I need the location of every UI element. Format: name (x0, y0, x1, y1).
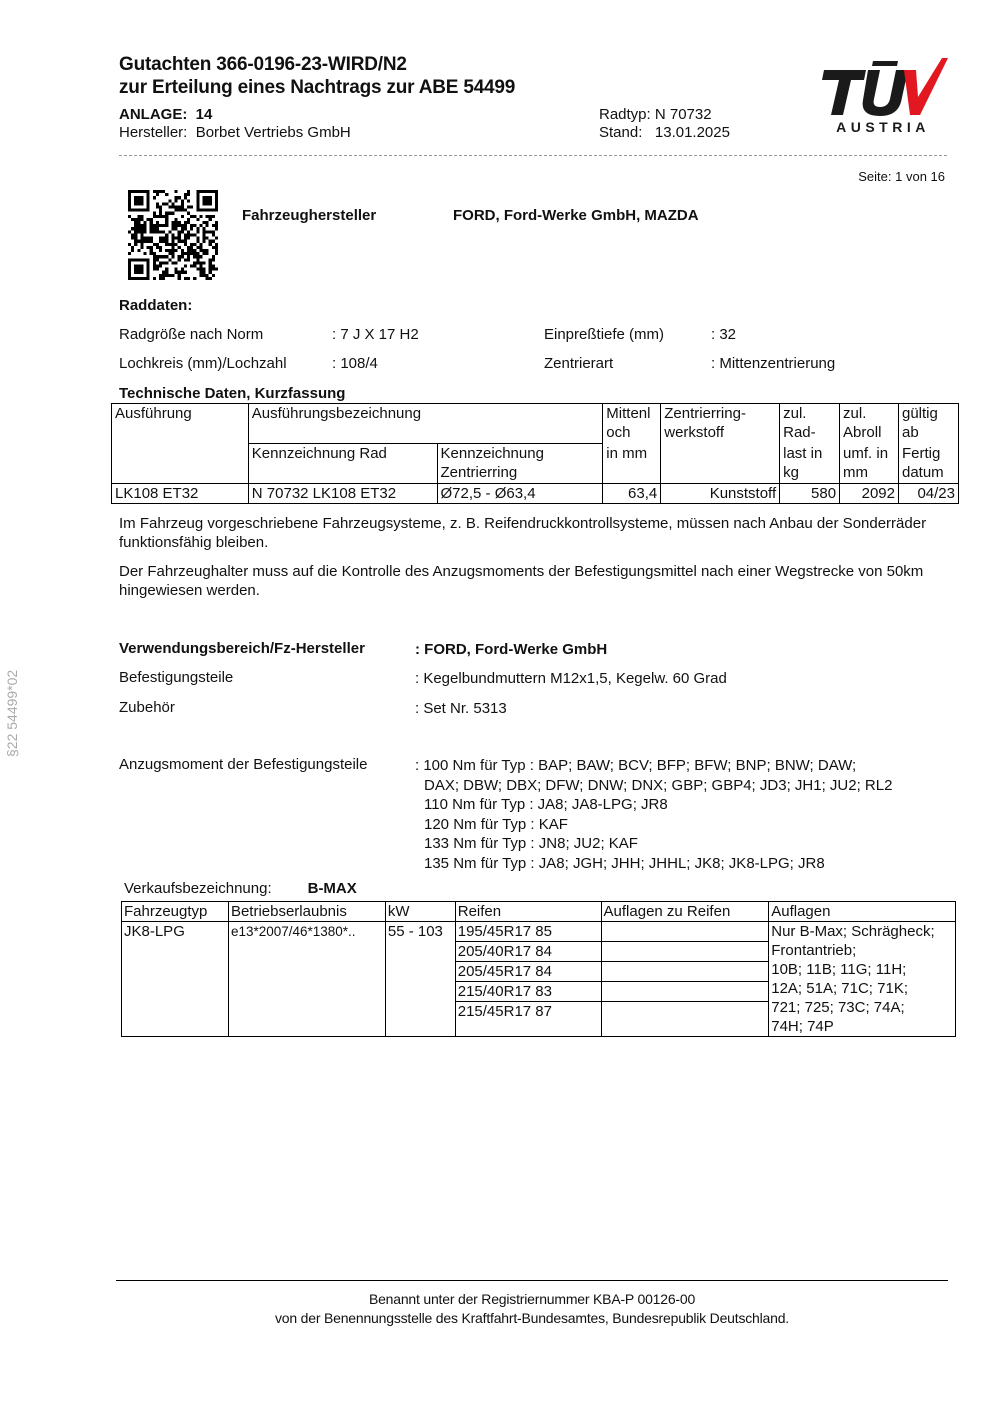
header-betriebserlaubnis: Betriebserlaubnis (228, 902, 385, 922)
cell-auflagen-zu-reifen (601, 1002, 769, 1037)
cell-reifen: 215/40R17 83 (455, 982, 601, 1002)
header-gueltig-unit: Fertig datum (898, 444, 958, 484)
page-number: Seite: 1 von 16 (858, 169, 945, 184)
auflagen-line: 10B; 11B; 11G; 11H; (771, 960, 953, 979)
cell-gueltig: 04/23 (898, 484, 958, 504)
cell-kennz-rad: N 70732 LK108 ET32 (248, 484, 437, 504)
auflagen-line: Nur B-Max; Schrägheck; (771, 922, 953, 941)
header-radlast: zul. Rad- (780, 404, 840, 444)
svg-text:AUSTRIA: AUSTRIA (836, 119, 930, 135)
cell-reifen: 205/45R17 84 (455, 962, 601, 982)
fahrzeughersteller-value: FORD, Ford-Werke GmbH, MAZDA (453, 207, 699, 224)
anzug-label: Anzugsmoment der Befestigungsteile (119, 756, 367, 773)
header-reifen: Reifen (455, 902, 601, 922)
document-title: Gutachten 366-0196-23-WIRD/N2 zur Erteil… (119, 53, 515, 99)
einpresstiefe-label: Einpreßtiefe (mm) (544, 326, 664, 343)
verkauf-label: Verkaufsbezeichnung: (124, 880, 272, 897)
header-bezeichnung: Ausführungsbezeichnung (248, 404, 602, 444)
header-auflagen: Auflagen (769, 902, 956, 922)
qr-code-icon (128, 190, 218, 280)
cell-auflagen-zu-reifen (601, 982, 769, 1002)
vehicle-table: Fahrzeugtyp Betriebserlaubnis kW Reifen … (121, 901, 956, 1037)
verwendung-label: Verwendungsbereich/Fz-Hersteller (119, 640, 365, 657)
qr-code (128, 190, 218, 280)
cell-reifen: 215/45R17 87 (455, 1002, 601, 1037)
zentrierart-label: Zentrierart (544, 355, 613, 372)
header-abroll: zul. Abroll (840, 404, 899, 444)
header-auflagen-zu-reifen: Auflagen zu Reifen (601, 902, 769, 922)
befestigung-value: : Kegelbundmuttern M12x1,5, Kegelw. 60 G… (415, 669, 727, 689)
cell-reifen: 195/45R17 85 (455, 922, 601, 942)
note-paragraph: Der Fahrzeughalter muss auf die Kontroll… (119, 562, 949, 600)
stand-value: 13.01.2025 (655, 124, 730, 141)
cell-auflagen-zu-reifen (601, 962, 769, 982)
cell-betriebserlaubnis: e13*2007/46*1380*.. (228, 922, 385, 1037)
zentrierart-value: : Mittenzentrierung (711, 355, 835, 372)
auflagen-line: Frontantrieb; (771, 941, 953, 960)
radtyp-value: N 70732 (655, 106, 712, 123)
lochkreis-value: : 108/4 (332, 355, 378, 372)
anzug-line: 133 Nm für Typ : JN8; JU2; KAF (415, 834, 892, 854)
verkaufsbezeichnung: Verkaufsbezeichnung:B-MAX (124, 880, 357, 897)
cell-ausfuehrung: LK108 ET32 (112, 484, 249, 504)
zubehoer-label: Zubehör (119, 699, 175, 716)
header-divider (119, 155, 947, 156)
table-row: JK8-LPG e13*2007/46*1380*.. 55 - 103 195… (122, 922, 956, 942)
table-header-row: Fahrzeugtyp Betriebserlaubnis kW Reifen … (122, 902, 956, 922)
cell-auflagen-zu-reifen (601, 942, 769, 962)
note-paragraph: Im Fahrzeug vorgeschriebene Fahrzeugsyst… (119, 514, 949, 552)
radtyp-block: Radtyp: N 70732 Stand: 13.01.2025 (599, 106, 730, 142)
tuev-logo-icon: AUSTRIA (818, 55, 948, 135)
anzug-values: : 100 Nm für Typ : BAP; BAW; BCV; BFP; B… (415, 756, 892, 873)
side-marker: §22 54499*02 (4, 670, 20, 757)
auflagen-line: 721; 725; 73C; 74A; (771, 998, 953, 1017)
header-kw: kW (385, 902, 455, 922)
footer-line-1: Benannt unter der Registriernummer KBA-P… (116, 1290, 948, 1309)
radtyp-label: Radtyp: (599, 106, 651, 123)
zubehoer-value: : Set Nr. 5313 (415, 699, 507, 719)
header-ausfuehrung: Ausführung (112, 404, 249, 484)
verwendung-value: : FORD, Ford-Werke GmbH (415, 640, 607, 660)
hersteller-label: Hersteller: (119, 124, 187, 141)
auflagen-line: 12A; 51A; 71C; 71K; (771, 979, 953, 998)
header-radlast-unit: last in kg (780, 444, 840, 484)
lochkreis-label: Lochkreis (mm)/Lochzahl (119, 355, 287, 372)
header-abroll-unit: umf. in mm (840, 444, 899, 484)
anzug-line: 110 Nm für Typ : JA8; JA8-LPG; JR8 (415, 795, 892, 815)
anlage-block: ANLAGE: 14 Hersteller: Borbet Vertriebs … (119, 106, 351, 142)
auflagen-line: 74H; 74P (771, 1017, 953, 1036)
table-header-row: Ausführung Ausführungsbezeichnung Mitten… (112, 404, 959, 444)
stand-label: Stand: (599, 124, 642, 141)
header-werkstoff: Zentrierring- werkstoff (661, 404, 780, 484)
footer-line-2: von der Benennungsstelle des Kraftfahrt-… (116, 1309, 948, 1328)
cell-radlast: 580 (780, 484, 840, 504)
radgroesse-value: : 7 J X 17 H2 (332, 326, 419, 343)
anzug-line: 120 Nm für Typ : KAF (415, 815, 892, 835)
cell-kw: 55 - 103 (385, 922, 455, 1037)
verkauf-value: B-MAX (308, 880, 357, 897)
cell-auflagen-zu-reifen (601, 922, 769, 942)
anzug-line: DAX; DBW; DBX; DFW; DNW; DNX; GBP; GBP4;… (415, 776, 892, 796)
anlage-label: ANLAGE: (119, 106, 187, 123)
header-fahrzeugtyp: Fahrzeugtyp (122, 902, 229, 922)
header-mittenloch-unit: in mm (603, 444, 661, 484)
hersteller-value: Borbet Vertriebs GmbH (196, 124, 351, 141)
anzug-line: : 100 Nm für Typ : BAP; BAW; BCV; BFP; B… (415, 756, 892, 776)
cell-reifen: 205/40R17 84 (455, 942, 601, 962)
tech-heading: Technische Daten, Kurzfassung (119, 385, 345, 402)
anzug-line: 135 Nm für Typ : JA8; JGH; JHH; JHHL; JK… (415, 854, 892, 874)
befestigung-label: Befestigungsteile (119, 669, 233, 686)
footer-divider (116, 1280, 948, 1281)
cell-auflagen: Nur B-Max; Schrägheck; Frontantrieb; 10B… (769, 922, 956, 1037)
header-mittenloch: Mittenl och (603, 404, 661, 444)
header-gueltig: gültig ab (898, 404, 958, 444)
header-kennz-rad: Kennzeichnung Rad (248, 444, 437, 484)
tuev-austria-logo: AUSTRIA (818, 55, 948, 135)
table-row: LK108 ET32 N 70732 LK108 ET32 Ø72,5 - Ø6… (112, 484, 959, 504)
header-kennz-ring: Kennzeichnung Zentrierring (437, 444, 603, 484)
cell-mittenloch: 63,4 (603, 484, 661, 504)
tech-data-table: Ausführung Ausführungsbezeichnung Mitten… (111, 403, 959, 504)
radgroesse-label: Radgröße nach Norm (119, 326, 263, 343)
title-line-1: Gutachten 366-0196-23-WIRD/N2 (119, 53, 515, 76)
anlage-value: 14 (196, 106, 213, 123)
cell-fahrzeugtyp: JK8-LPG (122, 922, 229, 1037)
cell-abroll: 2092 (840, 484, 899, 504)
cell-kennz-ring: Ø72,5 - Ø63,4 (437, 484, 603, 504)
raddaten-heading: Raddaten: (119, 297, 192, 314)
fahrzeughersteller-label: Fahrzeughersteller (242, 207, 376, 224)
cell-werkstoff: Kunststoff (661, 484, 780, 504)
einpresstiefe-value: : 32 (711, 326, 736, 343)
title-line-2: zur Erteilung eines Nachtrags zur ABE 54… (119, 76, 515, 99)
